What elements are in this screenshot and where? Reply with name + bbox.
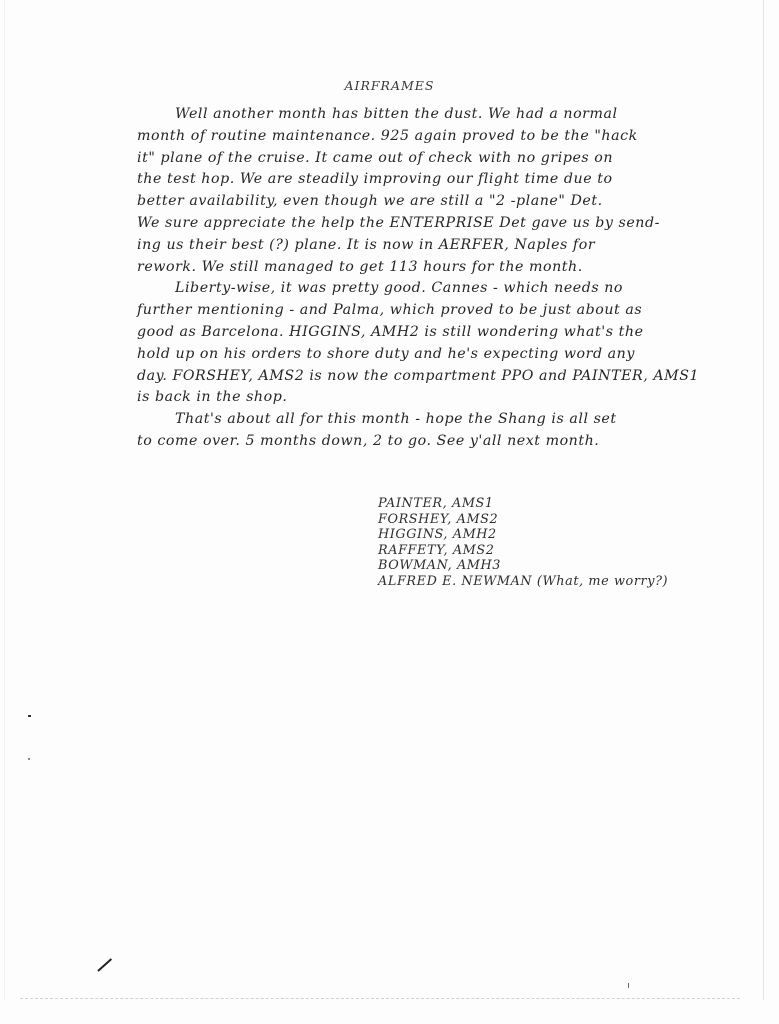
pen-mark: [97, 958, 112, 972]
text-line: further mentioning - and Palma, which pr…: [137, 300, 697, 322]
section-title: AIRFRAMES: [0, 78, 779, 93]
text-line: ing us their best (?) plane. It is now i…: [137, 235, 697, 257]
scan-speck: [628, 983, 629, 988]
scan-bottom-edge: [20, 998, 740, 1000]
signature-line: HIGGINS, AMH2: [378, 527, 668, 543]
signature-line: BOWMAN, AMH3: [378, 558, 668, 574]
text-line: the test hop. We are steadily improving …: [137, 169, 697, 191]
paragraph-3: That's about all for this month - hope t…: [137, 409, 697, 453]
text-line: rework. We still managed to get 113 hour…: [137, 257, 697, 279]
text-line: it" plane of the cruise. It came out of …: [137, 148, 697, 170]
text-line: good as Barcelona. HIGGINS, AMH2 is stil…: [137, 322, 697, 344]
text-line: Well another month has bitten the dust. …: [137, 104, 697, 126]
signature-line: FORSHEY, AMS2: [378, 512, 668, 528]
scan-left-edge: [4, 0, 5, 1000]
signature-block: PAINTER, AMS1 FORSHEY, AMS2 HIGGINS, AMH…: [378, 496, 668, 589]
signature-line: RAFFETY, AMS2: [378, 543, 668, 559]
scan-speck: [28, 715, 31, 717]
paragraph-2: Liberty-wise, it was pretty good. Cannes…: [137, 278, 697, 409]
text-line: better availability, even though we are …: [137, 191, 697, 213]
text-line: day. FORSHEY, AMS2 is now the compartmen…: [137, 366, 697, 388]
signature-line: ALFRED E. NEWMAN (What, me worry?): [378, 574, 668, 590]
paragraph-1: Well another month has bitten the dust. …: [137, 104, 697, 278]
text-line: month of routine maintenance. 925 again …: [137, 126, 697, 148]
text-line: Liberty-wise, it was pretty good. Cannes…: [137, 278, 697, 300]
text-line: to come over. 5 months down, 2 to go. Se…: [137, 431, 697, 453]
scan-right-edge: [763, 0, 764, 1000]
text-line: We sure appreciate the help the ENTERPRI…: [137, 213, 697, 235]
text-line: hold up on his orders to shore duty and …: [137, 344, 697, 366]
scan-speck: [28, 758, 30, 760]
text-line: is back in the shop.: [137, 387, 697, 409]
signature-line: PAINTER, AMS1: [378, 496, 668, 512]
text-line: That's about all for this month - hope t…: [137, 409, 697, 431]
body-text: Well another month has bitten the dust. …: [137, 104, 697, 453]
document-page: AIRFRAMES Well another month has bitten …: [0, 0, 779, 1024]
